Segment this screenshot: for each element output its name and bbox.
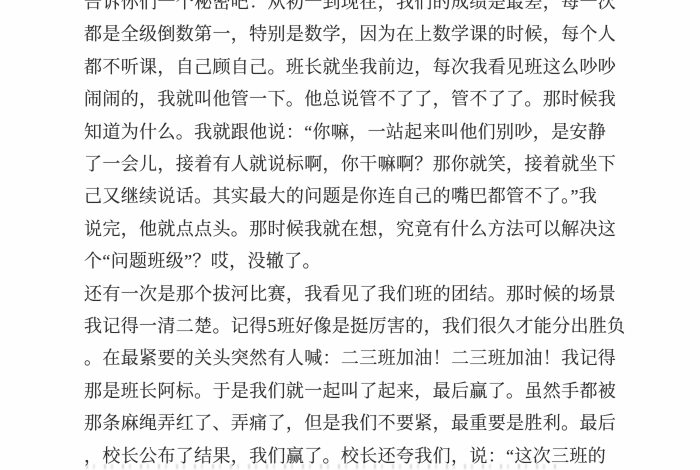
text-line: 己又继续说话。其实最大的问题是你连自己的嘴巴都管不了。”我 (84, 180, 644, 212)
text-line: 还有一次是那个拔河比赛，我看见了我们班的团结。那时候的场景 (84, 278, 644, 310)
text-line: 知道为什么。我就跟他说：“你嘛，一站起来叫他们别吵，是安静 (84, 116, 644, 148)
text-line: 。在最紧要的关头突然有人喊：二三班加油！二三班加油！我记得 (84, 342, 644, 374)
text-line: 那条麻绳弄红了、弄痛了，但是我们不要紧，最重要是胜利。最后 (84, 407, 644, 439)
text-line: 都是全级倒数第一，特别是数学，因为在上数学课的时候，每个人 (84, 18, 644, 50)
text-line: 说完，他就点点头。那时候我就在想，究竟有什么方法可以解决这 (84, 213, 644, 245)
text-line: 了一会儿，接着有人就说标啊，你干嘛啊？那你就笑，接着就坐下 (84, 148, 644, 180)
text-line: 那是班长阿标。于是我们就一起叫了起来，最后赢了。虽然手都被 (84, 375, 644, 407)
text-line: 都不听课，自己顾自己。班长就坐我前边，每次我看见班这么吵吵 (84, 51, 644, 83)
text-line: 我记得一清二楚。记得5班好像是挺厉害的，我们很久才能分出胜负 (84, 310, 644, 342)
cropped-next-line (86, 464, 556, 469)
document-page: 告诉你们一个秘密吧：从初一到现在，我们的成绩是最差，每一次 都是全级倒数第一，特… (0, 0, 700, 470)
text-line: 闹闹的，我就叫他管一下。他总说管不了了，管不了了。那时候我 (84, 83, 644, 115)
text-line: 告诉你们一个秘密吧：从初一到现在，我们的成绩是最差，每一次 (84, 0, 644, 18)
essay-text-block: 告诉你们一个秘密吧：从初一到现在，我们的成绩是最差，每一次 都是全级倒数第一，特… (84, 0, 644, 470)
text-line: 个“问题班级”？哎，没辙了。 (84, 245, 644, 277)
